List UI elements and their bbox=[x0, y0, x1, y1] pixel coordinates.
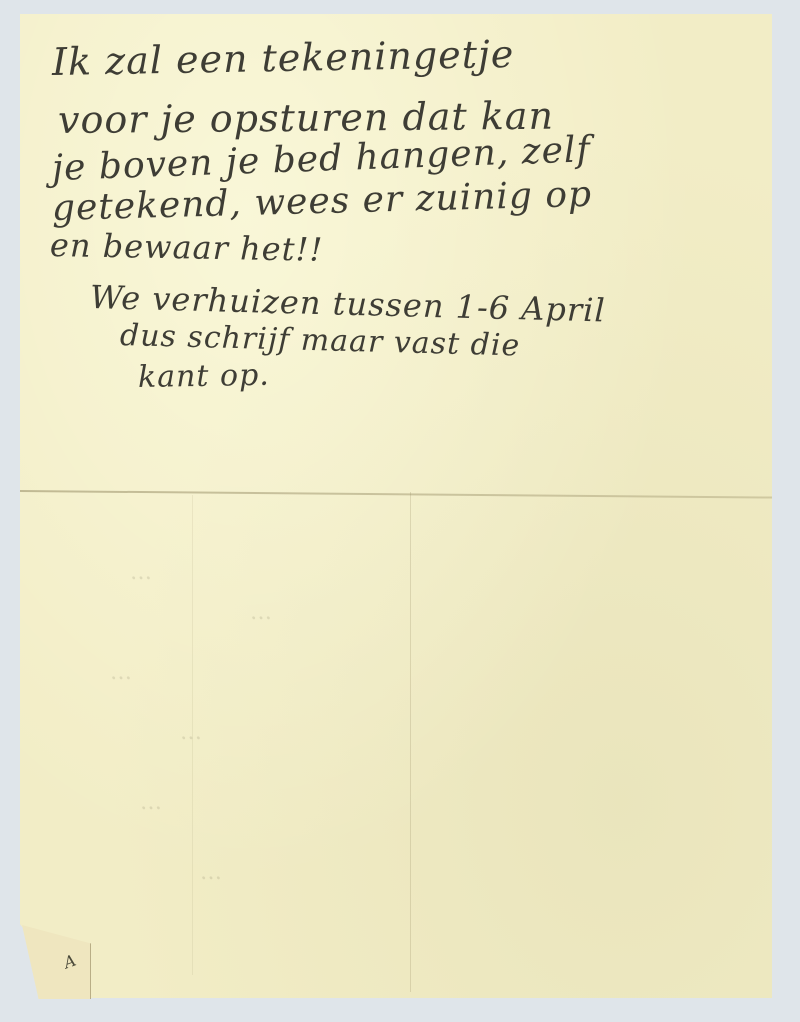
handwritten-line-8: kant op. bbox=[138, 358, 270, 395]
bleed-through-text: … bbox=[200, 860, 222, 885]
vertical-fold-line bbox=[410, 492, 411, 992]
handwritten-line-1: Ik zal een tekeningetje bbox=[52, 32, 515, 84]
bleed-through-text: … bbox=[250, 600, 272, 625]
bleed-through-text: … bbox=[140, 790, 162, 815]
bleed-through-text: … bbox=[180, 720, 202, 745]
handwritten-line-5: en bewaar het!! bbox=[50, 226, 324, 269]
bleed-through-text: … bbox=[130, 560, 152, 585]
bleed-through-text: … bbox=[110, 660, 132, 685]
